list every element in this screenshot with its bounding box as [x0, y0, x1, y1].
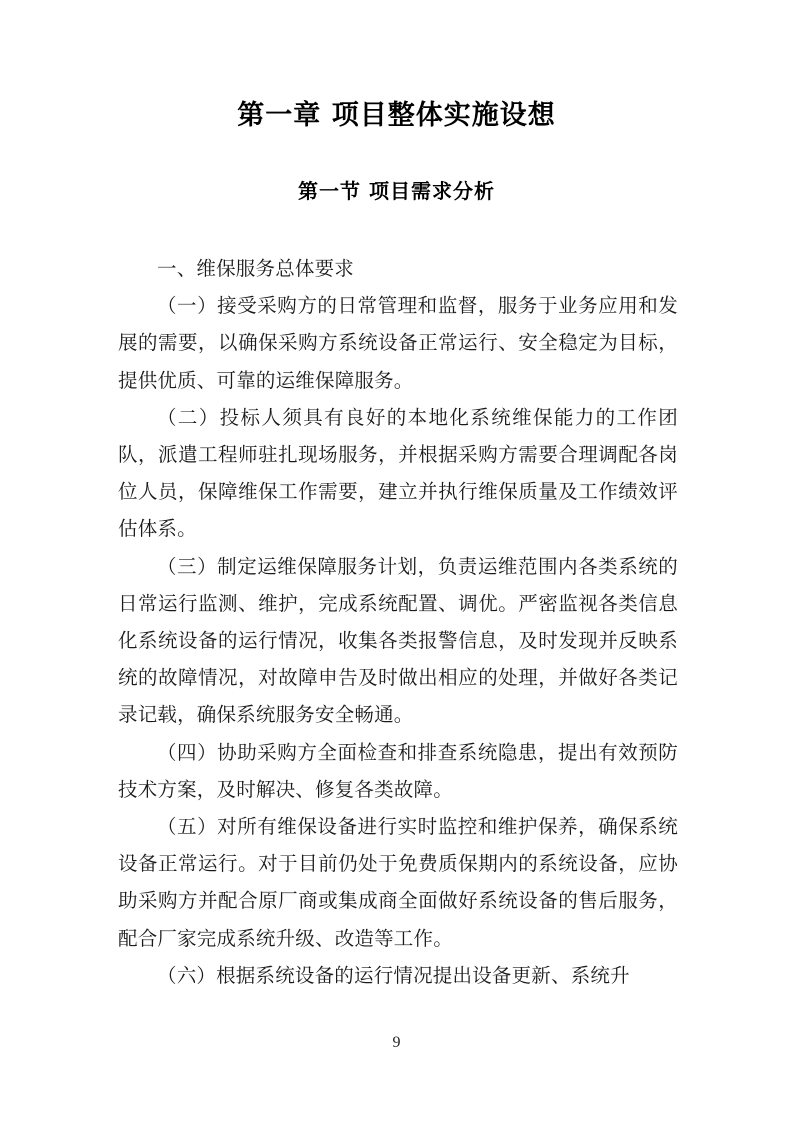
paragraph-item-5: （五）对所有维保设备进行实时监控和维护保养，确保系统设备正常运行。对于目前仍处于… — [118, 808, 678, 957]
paragraph-item-6: （六）根据系统设备的运行情况提出设备更新、系统升 — [118, 957, 678, 994]
subsection-heading: 一、维保服务总体要求 — [118, 250, 678, 287]
paragraph-item-3: （三）制定运维保障服务计划，负责运维范围内各类系统的日常运行监测、维护，完成系统… — [118, 548, 678, 734]
paragraph-item-2: （二）投标人须具有良好的本地化系统维保能力的工作团队，派遣工程师驻扎现场服务，并… — [118, 399, 678, 548]
document-page: 第一章 项目整体实施设想 第一节 项目需求分析 一、维保服务总体要求 （一）接受… — [0, 0, 793, 1122]
chapter-title: 第一章 项目整体实施设想 — [0, 98, 793, 134]
paragraph-item-4: （四）协助采购方全面检查和排查系统隐患，提出有效预防技术方案，及时解决、修复各类… — [118, 734, 678, 808]
page-number: 9 — [0, 1032, 793, 1054]
paragraph-item-1: （一）接受采购方的日常管理和监督，服务于业务应用和发展的需要，以确保采购方系统设… — [118, 287, 678, 399]
document-body: 一、维保服务总体要求 （一）接受采购方的日常管理和监督，服务于业务应用和发展的需… — [118, 250, 678, 994]
section-title: 第一节 项目需求分析 — [0, 176, 793, 206]
